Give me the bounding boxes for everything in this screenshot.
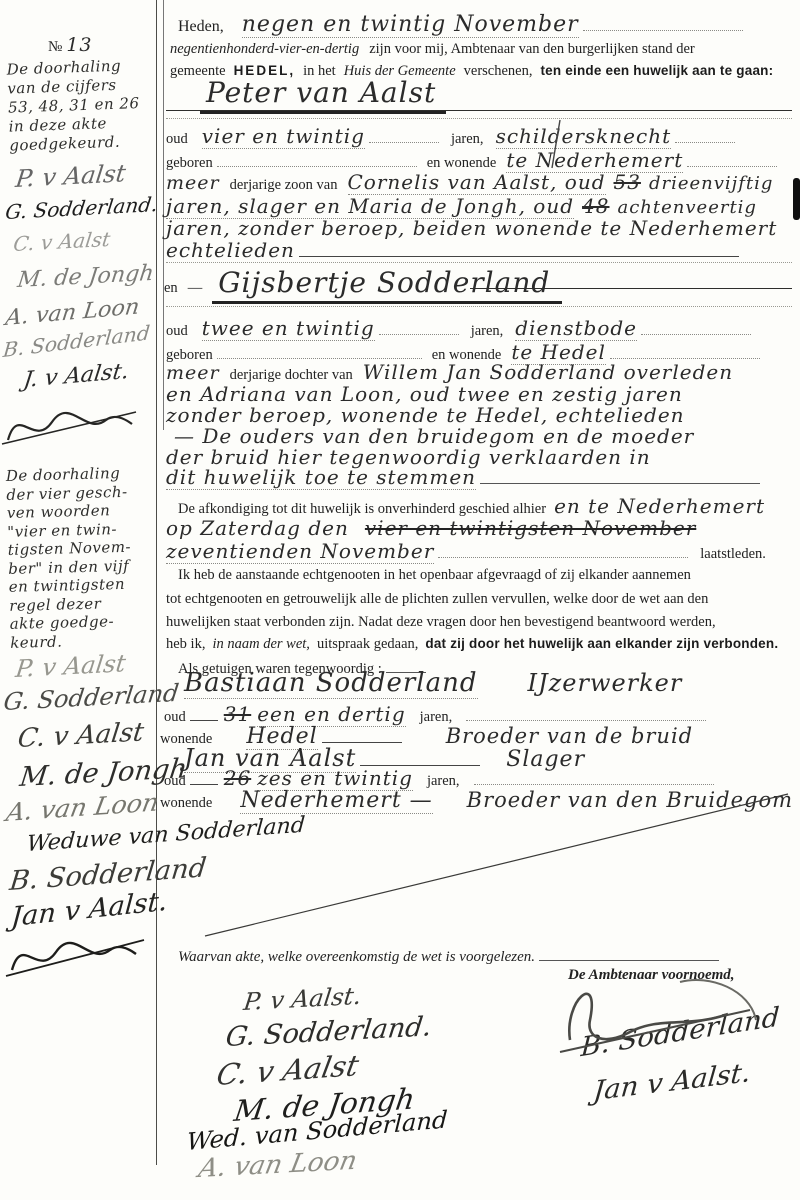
announcement-line1: De afkondiging tot dit huwelijk is onver… [178,494,800,518]
vows-paragraph-line4: heb ik, in naam der wet, uitspraak gedaa… [166,635,798,653]
year-word: negentienhonderd-vier-en-dertig [170,41,359,57]
meer-handwritten: meer [166,172,220,194]
ambtenaar-voornoemd-label: De Ambtenaar voornoemd, [568,967,735,983]
intro-line2: zijn voor mij, Ambtenaar van den burgerl… [369,41,695,57]
in-naam-der-wet: in naam der wet, [212,636,309,652]
closing-line: Waarvan akte, welke overeenkomstig de we… [178,944,798,966]
fill-rule [480,467,760,484]
dotted-leader [369,126,439,143]
party-signature: G. Sodderland. [224,1011,433,1053]
bride-age-line: oud twee en twintig jaren, dienstbode [166,316,792,340]
consent-signature: B. Sodderland [8,852,208,897]
dotted-leader [217,342,422,359]
announcement-day-hand: op Zaterdag den [166,516,349,540]
dotted-rule [166,262,792,263]
margin-signature: C. v Aalst [12,227,112,256]
margin-note-2-line: keurd. [10,630,158,652]
marriage-certificate-page: № 13 De doorhaling van de cijfers 53, 48… [0,0,800,1200]
witness1-name-line: Bastiaan Sodderland IJzerwerker [184,668,800,698]
wonende-label: en wonende [427,155,497,171]
voorgelezen-text: Waarvan akte, welke overeenkomstig de we… [178,949,535,965]
groom-parents-line1: meer derjarige zoon van Cornelis van Aal… [166,170,800,194]
groom-parents-residence: jaren, zonder beroep, beiden wonende te … [166,216,777,240]
act-number: № 13 [48,34,93,56]
groom-name-line: Peter van Aalst [200,76,446,109]
bride-father: Willem Jan Sodderland overleden [363,360,733,384]
dotted-leader [583,14,743,31]
groom-mother-age: achtenveertig [617,197,756,218]
bride-age: twee en twintig [202,316,375,341]
dotted-leader [438,541,688,558]
struck-age-26: 26 [224,766,251,790]
margin-signature: G. Sodderland [2,679,181,716]
oud-label: oud [166,131,188,147]
witness2-residence-line: wonende Nederhemert — Broeder van den Br… [160,788,794,813]
bride-name-line: en — Gijsbertje Sodderland [164,266,562,299]
margin-signature: P. v Aalst [14,649,127,683]
afkondiging-printed: De afkondiging tot dit huwelijk is onver… [178,501,546,517]
party-signature: B. Sodderland [580,1002,780,1063]
rule-under-groom-name [166,110,792,111]
meer-handwritten: meer [166,362,220,384]
announcement-line2: op Zaterdag den vier en twintigsten Nove… [166,516,792,540]
zoon-van-label: derjarige zoon van [230,177,338,193]
dotted-leader [466,704,706,721]
heden-label: Heden, [178,18,224,35]
fill-rule [299,240,739,257]
line-heden-date: Heden, negen en twintig November [178,12,792,37]
witness1-occupation: IJzerwerker [528,669,683,697]
margin-rule-right [163,0,164,430]
vows-paragraph-line1: Ik heb de aanstaande echtgenooten in het… [178,566,798,584]
dotted-leader [687,150,777,167]
oud-label: oud [166,323,188,339]
margin-note-1-line: goedgekeurd. [9,131,158,155]
bride-parents-line1: meer derjarige dochter van Willem Jan So… [166,360,800,384]
margin-signature: J. v Aalst. [22,359,130,393]
act-number-value: 13 [66,34,92,56]
party-signature: Jan v Aalst. [592,1057,752,1107]
margin-signature: A. van Loon [4,788,161,827]
verbonden-bold: dat zij door het huwelijk aan elkander z… [425,636,778,651]
vows-text: huwelijken staat verbonden zijn. Nadat d… [166,614,716,630]
en-label: en [164,280,178,296]
dotted-rule [166,118,792,119]
margin-signature: G. Sodderland. [4,192,159,224]
wonende-label: wonende [160,795,212,811]
groom-occupation: schildersknecht [496,124,672,149]
struck-age-31: 31 [224,702,251,726]
margin-signature: P. v Aalst [14,159,127,193]
bride-occupation: dienstbode [515,316,637,341]
announcement-line3: zeventienden November laatstleden. [166,539,792,563]
dash: — [188,280,203,296]
fill-rule [190,768,218,785]
margin-note-2: De doorhaling der vier gesch- ven woorde… [6,463,159,652]
groom-birth-line: geboren en wonende te Nederhemert [166,148,792,172]
groom-age-line: oud vier en twintig jaren, schildersknec… [166,124,792,148]
line-year: negentienhonderd-vier-en-dertig zijn voo… [170,40,792,58]
party-signature: P. v Aalst. [242,982,363,1016]
huwelijk-aangaan-label: ten einde een huwelijk aan te gaan: [540,63,773,78]
jaren-label: jaren, [451,131,484,147]
bride-name-handwritten: Gijsbertje Sodderland [212,266,562,304]
party-signature: C. v Aalst [214,1048,361,1092]
oud-label: oud [164,773,186,789]
groom-father-age: drieenvijftig [649,173,773,194]
jaren-label: jaren, [471,323,504,339]
struck-age-48: 48 [582,194,609,218]
dochter-van-label: derjarige dochter van [230,367,353,383]
act-number-label: № [48,39,62,55]
dotted-leader [675,126,735,143]
verschenen-label: verschenen, [464,63,533,79]
dotted-leader [641,318,751,335]
jaren-label: jaren, [427,773,460,789]
witness1-name: Bastiaan Sodderland [184,668,478,699]
jaren-label: jaren, [420,709,453,725]
fill-rule [539,944,719,961]
echtelieden-handwritten: echtelieden [166,238,295,262]
corrected-date-hand: zeventienden November [166,539,434,564]
dotted-leader [610,342,760,359]
margin-signature: M. de Jongh [16,261,155,293]
groom-age: vier en twintig [202,124,365,149]
dotted-leader [379,318,459,335]
oud-label: oud [164,709,186,725]
witness2-residence: Nederhemert — [240,788,432,814]
vows-paragraph-line2: tot echtgenooten en getrouwelijk alle de… [166,590,796,608]
groom-parents-line4: echtelieden [166,238,792,262]
vows-text: heb ik, [166,636,205,652]
consent-line3: dit huwelijk toe te stemmen [166,465,796,489]
official-signature-flourish [6,940,144,976]
official-signature-flourish [2,412,136,444]
announcement-place-hand: en te Nederhemert [554,494,765,518]
witness2-relation: Broeder van den Bruidegom [467,788,793,812]
groom-parents-line2: jaren, slager en Maria de Jongh, oud 48 … [166,194,800,218]
marriage-date-handwritten: negen en twintig November [242,12,579,38]
groom-parents-line3: jaren, zonder beroep, beiden wonende te … [166,216,792,240]
witness2-age-line: oud 26 zes en twintig jaren, [164,766,794,790]
margin-note-1: De doorhaling van de cijfers 53, 48, 31 … [6,55,157,155]
fill-rule [360,749,480,766]
consent-text: dit huwelijk toe te stemmen [166,465,476,490]
witness1-age-line: oud 31 een en dertig jaren, [164,702,794,726]
dotted-rule [166,306,792,307]
struck-date: vier en twintigsten November [365,516,696,540]
official-title-line: De Ambtenaar voornoemd, [568,966,735,984]
margin-signature: C. v Aalst [16,718,146,754]
vows-text: tot echtgenooten en getrouwelijk alle de… [166,591,708,607]
dotted-leader [217,150,417,167]
geboren-label: geboren [166,155,213,171]
vows-text: uitspraak gedaan, [317,636,418,652]
rule-after-bride-name [470,288,792,289]
vows-text: Ik heb de aanstaande echtgenooten in het… [178,567,691,583]
fill-rule [190,704,218,721]
groom-father: Cornelis van Aalst, oud [348,170,606,195]
laatstleden-label: laatstleden. [700,546,766,562]
vows-paragraph-line3: huwelijken staat verbonden zijn. Nadat d… [166,613,796,631]
fill-rule [322,726,402,743]
dotted-leader [474,768,714,785]
struck-age-53: 53 [614,170,641,194]
groom-name-handwritten: Peter van Aalst [200,76,446,114]
